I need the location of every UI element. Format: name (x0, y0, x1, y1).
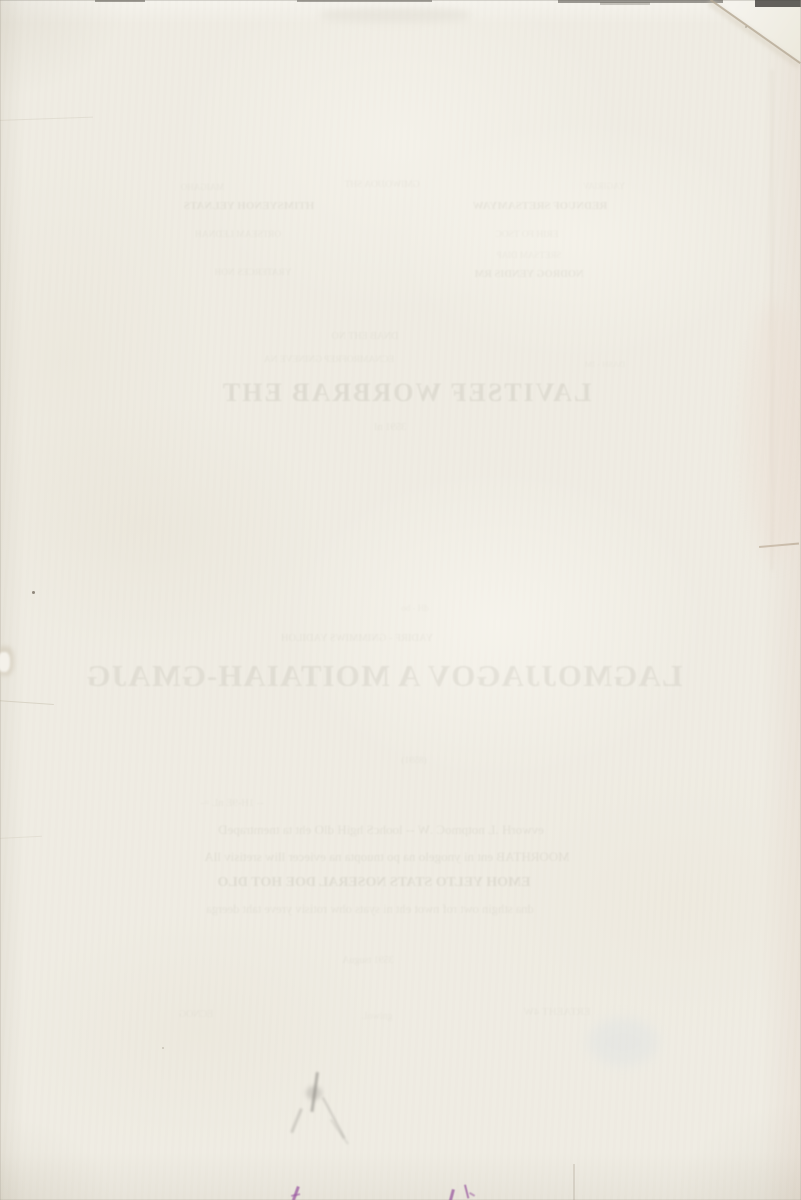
speck (32, 591, 35, 594)
crease-right-vertical (771, 70, 773, 570)
ghost-text-line: MAIGAHO (165, 183, 240, 192)
ghost-text-line: ERTAEHT 4W (468, 1007, 646, 1018)
ghost-text-line: ECNOG (148, 1010, 244, 1020)
ghost-text-line: LAGMOJJAGOV A MOITAIAH-GMAJG (60, 660, 708, 691)
ghost-text-line: YRATERCES NOH (174, 269, 332, 279)
crease-bottom-vertical (573, 1164, 575, 1200)
paper-vignette (0, 0, 801, 1200)
crease-top-left (0, 117, 93, 122)
ghost-text-line: HTIMSYENOH YELNATS (148, 201, 350, 212)
ghost-text-line: -- 1H-9E nL =- (110, 799, 354, 810)
scanned-page: MAIGAHOGMIWOJJOA SHTYAGIRIAVHTIMSYENOH Y… (0, 0, 801, 1200)
left-edge-hairline (0, 0, 1, 1200)
speck (745, 26, 747, 28)
top-edge-sliver (558, 0, 723, 3)
ghost-text-line: YADIRF - GNIMMIWS YADILOH (226, 634, 488, 645)
ghost-text-line: 3591 nI (342, 423, 438, 434)
ghost-text-line: dH - bo (386, 604, 444, 613)
stain-right-edge (744, 300, 801, 560)
ghost-text-line: ORTSEAM LEDNAH (174, 231, 302, 241)
ghost-text-line: 3591 tsuguA (302, 956, 434, 966)
tear-highlight-left-edge (0, 652, 10, 672)
ghost-text-line: SRETSAM DIAP (468, 251, 590, 260)
top-edge-sliver (600, 2, 650, 5)
dog-ear-corner-fold (711, 0, 801, 64)
purple-ink-mark (469, 1192, 475, 1197)
purple-ink-mark (464, 1184, 470, 1198)
stain-top-center (320, 8, 470, 22)
ghost-text-line: gniwoL (334, 1012, 420, 1022)
ghost-text-line: LAVITSEF WORBRAB EHT (188, 380, 624, 406)
top-edge-sliver (95, 0, 145, 2)
ghost-text-line: NODROG YENDIS RM (436, 270, 622, 281)
ghost-text-line: evworH .L notpmoC .W -- loohcS hgiH dlO … (96, 823, 666, 836)
purple-ink-mark (291, 1193, 300, 1197)
ghost-text-line: ERIH FO TSOC (462, 231, 592, 241)
crease-right-horizontal (759, 543, 799, 548)
pencil-smudge-stroke (310, 1072, 319, 1112)
ghost-text-line: MOORHTAB ent ni ynogelo na po tnuopta na… (106, 850, 668, 863)
top-edge-sliver (297, 0, 432, 2)
bleed-through-ghost-text-layer: MAIGAHOGMIWOJJOA SHTYAGIRIAVHTIMSYENOH Y… (0, 0, 801, 1200)
ghost-text-line: DNAB EHT NO (296, 332, 434, 342)
ghost-text-line: GMIWOJJOA SHT (298, 181, 466, 191)
pencil-smudge-stroke (290, 1108, 302, 1133)
crease-left (0, 700, 54, 705)
tear-shadow-left-edge (0, 646, 14, 676)
ghost-text-line: DASH - IM (562, 360, 648, 369)
pencil-smudge-stroke (322, 1097, 345, 1139)
purple-ink-mark (292, 1186, 300, 1200)
speck (162, 1047, 164, 1049)
ghost-text-line: (8591) (384, 757, 444, 767)
ghost-text-line: dna sthgin owt rof nwot eht ni syats ohw… (96, 903, 644, 916)
crease-mid-left (0, 836, 42, 839)
ghost-text-line: ECNAMROFREP GNINEVE NA (228, 356, 430, 366)
ghost-text-line: YAGIRIAV (556, 182, 652, 191)
pencil-smudge-blob (306, 1086, 322, 1100)
ghost-text-line: EMOH YELTO STATS NOSERAL DOE HOT DLO (92, 876, 656, 890)
stain-bottom-right (588, 1018, 658, 1066)
top-edge-hairline (0, 0, 801, 1)
paper-marks-layer (0, 0, 801, 1200)
ghost-text-line: REDNUOF SRETSAMYAW (438, 201, 642, 212)
purple-ink-mark (449, 1189, 455, 1200)
pencil-smudge-stroke (330, 1119, 349, 1145)
